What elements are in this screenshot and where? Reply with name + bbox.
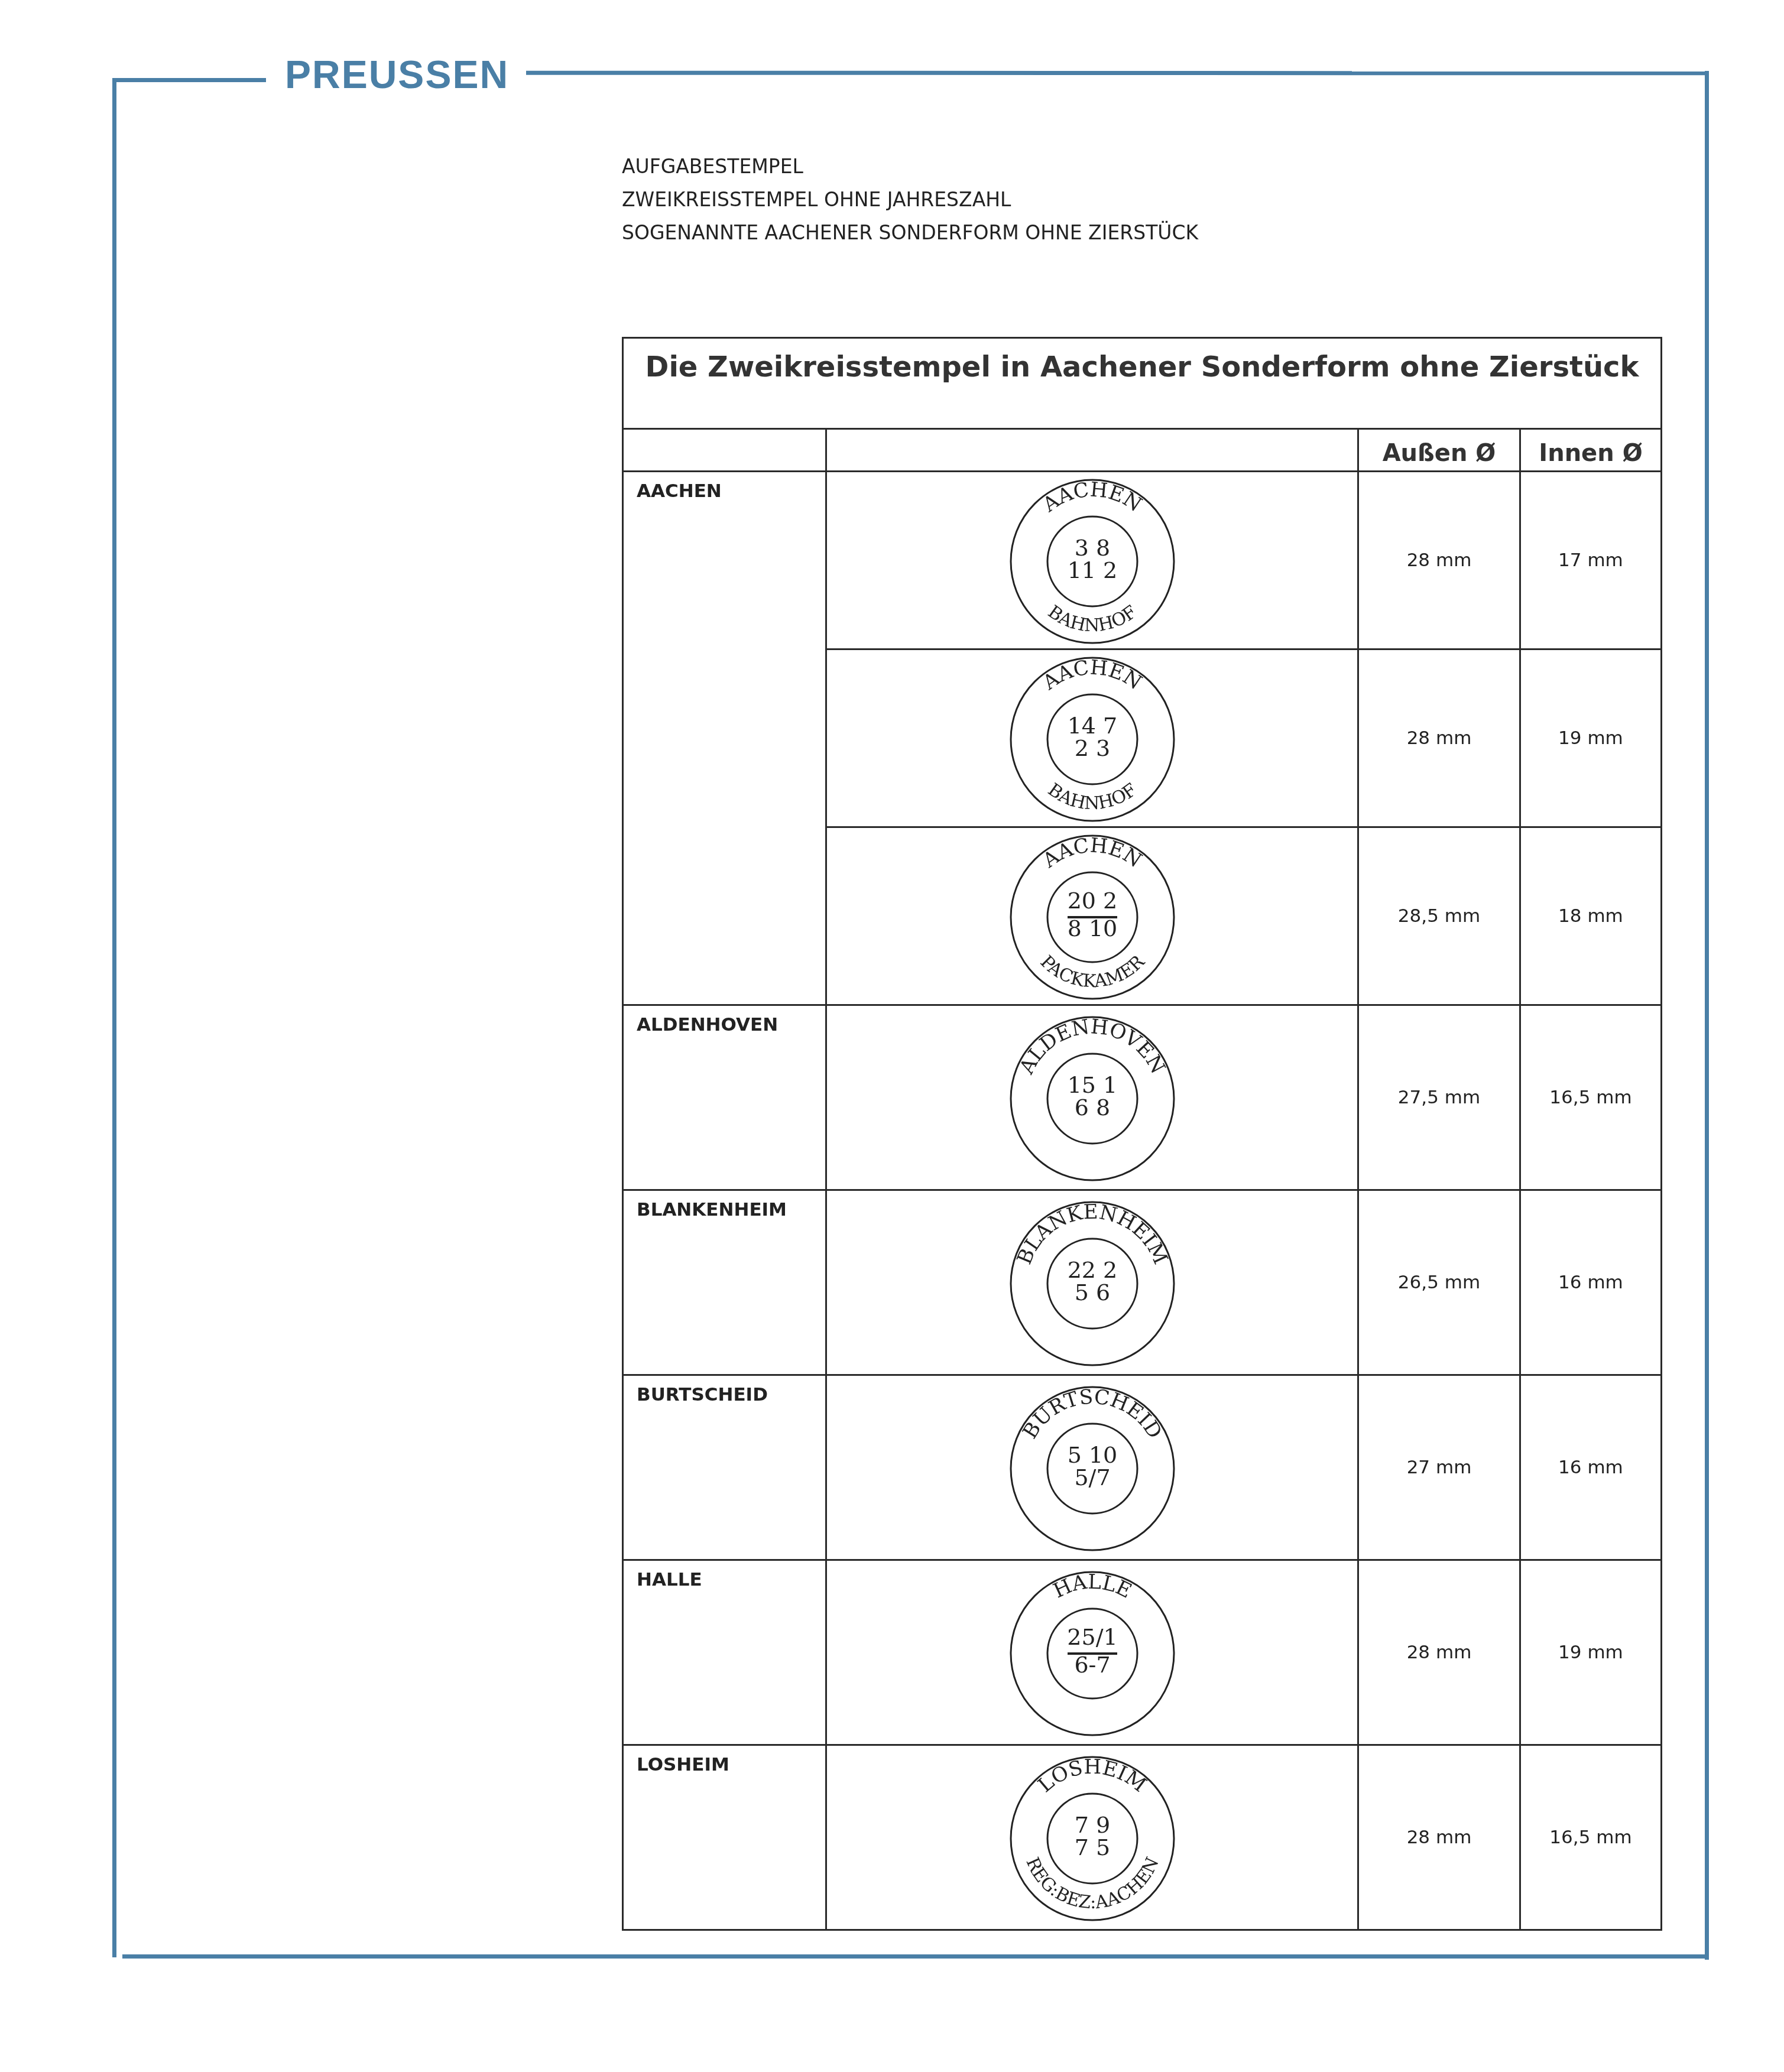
svg-text:6-7: 6-7 bbox=[1074, 1652, 1110, 1678]
table-row: BLANKENHEIMBLANKENHEIM22 25 626,5 mm16 m… bbox=[623, 1190, 1662, 1375]
stamp-image-cell: BURTSCHEID5 105/7 bbox=[826, 1375, 1358, 1560]
frame-top-border-right bbox=[526, 71, 1708, 76]
postmark-stamp-icon: BLANKENHEIM22 25 6 bbox=[1004, 1195, 1181, 1370]
frame-bottom-border bbox=[122, 1954, 1709, 1959]
outer-diameter: 28 mm bbox=[1358, 472, 1520, 649]
inner-diameter: 17 mm bbox=[1520, 472, 1661, 649]
svg-text:20 2: 20 2 bbox=[1067, 888, 1117, 914]
svg-text:AACHEN: AACHEN bbox=[1038, 478, 1146, 517]
table-row: HALLEHALLE25/16-728 mm19 mm bbox=[623, 1560, 1662, 1745]
place-name: AACHEN bbox=[623, 472, 826, 1005]
frame-top-border-left bbox=[112, 78, 266, 82]
svg-text:6 8: 6 8 bbox=[1075, 1095, 1110, 1121]
table-row: AACHENAACHENBAHNHOF3 811 228 mm17 mm bbox=[623, 472, 1662, 649]
inner-diameter: 16 mm bbox=[1520, 1190, 1661, 1375]
place-name: BLANKENHEIM bbox=[623, 1190, 826, 1375]
table-row: LOSHEIMLOSHEIMREG:BEZ:AACHEN7 97 528 mm1… bbox=[623, 1745, 1662, 1930]
postmark-stamp-icon: HALLE25/16-7 bbox=[1004, 1565, 1181, 1740]
frame-left-border bbox=[112, 78, 116, 1957]
outer-diameter: 28 mm bbox=[1358, 649, 1520, 827]
place-name: ALDENHOVEN bbox=[623, 1005, 826, 1190]
header-place bbox=[623, 429, 826, 472]
inner-diameter: 19 mm bbox=[1520, 649, 1661, 827]
svg-text:2 3: 2 3 bbox=[1075, 735, 1110, 761]
stamp-image-cell: BLANKENHEIM22 25 6 bbox=[826, 1190, 1358, 1375]
svg-text:8 10: 8 10 bbox=[1067, 915, 1117, 941]
subtitle-line: ZWEIKREISSTEMPEL OHNE JAHRESZAHL bbox=[622, 183, 1198, 216]
stamp-table: Die Zweikreisstempel in Aachener Sonderf… bbox=[622, 337, 1662, 1931]
svg-text:7 5: 7 5 bbox=[1075, 1834, 1110, 1860]
outer-diameter: 28 mm bbox=[1358, 1745, 1520, 1930]
place-name: HALLE bbox=[623, 1560, 826, 1745]
subtitle-block: AUFGABESTEMPEL ZWEIKREISSTEMPEL OHNE JAH… bbox=[622, 150, 1198, 249]
stamp-image-cell: LOSHEIMREG:BEZ:AACHEN7 97 5 bbox=[826, 1745, 1358, 1930]
inner-diameter: 19 mm bbox=[1520, 1560, 1661, 1745]
place-name: BURTSCHEID bbox=[623, 1375, 826, 1560]
outer-diameter: 27,5 mm bbox=[1358, 1005, 1520, 1190]
place-name: LOSHEIM bbox=[623, 1745, 826, 1930]
stamp-image-cell: HALLE25/16-7 bbox=[826, 1560, 1358, 1745]
stamp-image-cell: AACHENBAHNHOF14 72 3 bbox=[826, 649, 1358, 827]
svg-text:LOSHEIM: LOSHEIM bbox=[1033, 1755, 1150, 1797]
svg-text:BURTSCHEID: BURTSCHEID bbox=[1018, 1385, 1166, 1443]
svg-text:25/1: 25/1 bbox=[1067, 1624, 1117, 1650]
svg-text:11 2: 11 2 bbox=[1067, 557, 1117, 583]
outer-diameter: 28 mm bbox=[1358, 1560, 1520, 1745]
inner-diameter: 16,5 mm bbox=[1520, 1005, 1661, 1190]
outer-diameter: 26,5 mm bbox=[1358, 1190, 1520, 1375]
section-title: PREUSSEN bbox=[285, 52, 509, 97]
postmark-stamp-icon: LOSHEIMREG:BEZ:AACHEN7 97 5 bbox=[1004, 1750, 1181, 1925]
postmark-stamp-icon: AACHENPACKKAMER20 28 10 bbox=[1004, 829, 1181, 1003]
header-inner-diameter: Innen Ø bbox=[1520, 429, 1661, 472]
svg-text:5/7: 5/7 bbox=[1074, 1464, 1110, 1490]
stamp-image-cell: AACHENBAHNHOF3 811 2 bbox=[826, 472, 1358, 649]
table-title: Die Zweikreisstempel in Aachener Sonderf… bbox=[623, 338, 1662, 429]
table-header-row: Außen Ø Innen Ø bbox=[623, 429, 1662, 472]
table-row: ALDENHOVENALDENHOVEN15 16 827,5 mm16,5 m… bbox=[623, 1005, 1662, 1190]
svg-text:HALLE: HALLE bbox=[1049, 1570, 1135, 1603]
svg-text:AACHEN: AACHEN bbox=[1038, 655, 1146, 695]
inner-diameter: 18 mm bbox=[1520, 827, 1661, 1005]
outer-diameter: 28,5 mm bbox=[1358, 827, 1520, 1005]
postmark-stamp-icon: ALDENHOVEN15 16 8 bbox=[1004, 1010, 1181, 1185]
table-row: BURTSCHEIDBURTSCHEID5 105/727 mm16 mm bbox=[623, 1375, 1662, 1560]
postmark-stamp-icon: AACHENBAHNHOF3 811 2 bbox=[1004, 473, 1181, 648]
svg-text:PACKKAMER: PACKKAMER bbox=[1036, 951, 1149, 992]
inner-diameter: 16,5 mm bbox=[1520, 1745, 1661, 1930]
subtitle-line: SOGENANNTE AACHENER SONDERFORM OHNE ZIER… bbox=[622, 216, 1198, 249]
svg-text:AACHEN: AACHEN bbox=[1038, 833, 1146, 873]
subtitle-line: AUFGABESTEMPEL bbox=[622, 150, 1198, 183]
inner-diameter: 16 mm bbox=[1520, 1375, 1661, 1560]
svg-text:ALDENHOVEN: ALDENHOVEN bbox=[1014, 1015, 1169, 1078]
postmark-stamp-icon: AACHENBAHNHOF14 72 3 bbox=[1004, 651, 1181, 826]
postmark-stamp-icon: BURTSCHEID5 105/7 bbox=[1004, 1380, 1181, 1555]
stamp-image-cell: ALDENHOVEN15 16 8 bbox=[826, 1005, 1358, 1190]
header-stamp bbox=[826, 429, 1358, 472]
frame-right-border bbox=[1705, 71, 1709, 1960]
header-outer-diameter: Außen Ø bbox=[1358, 429, 1520, 472]
svg-text:5 6: 5 6 bbox=[1075, 1279, 1110, 1305]
outer-diameter: 27 mm bbox=[1358, 1375, 1520, 1560]
stamp-image-cell: AACHENPACKKAMER20 28 10 bbox=[826, 827, 1358, 1005]
